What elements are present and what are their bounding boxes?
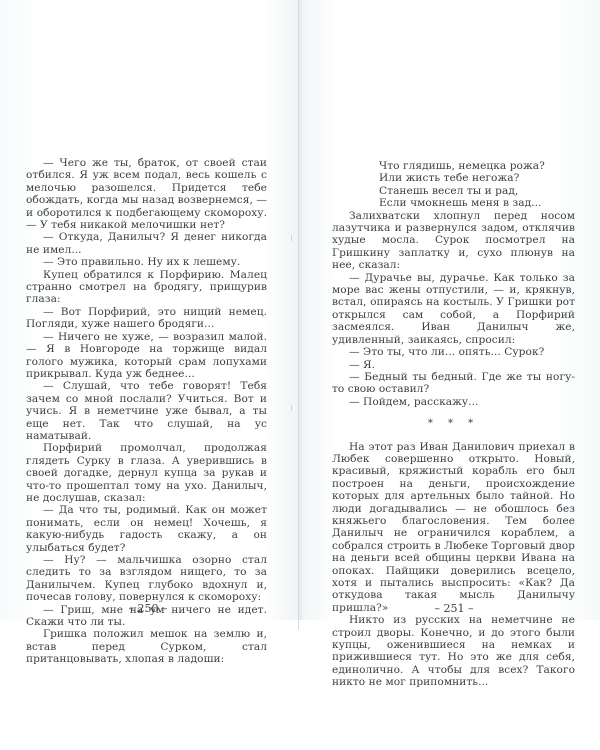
verse-line: Станешь весел ты и рад, xyxy=(379,185,575,197)
paragraph: — Вот Порфирий, это нищий немец. Погляди… xyxy=(26,306,267,331)
paragraph: Гришка положил мешок на землю и, встав п… xyxy=(26,628,267,665)
paragraph: — Ничего не хуже, — возразил малой. — Я … xyxy=(26,331,267,381)
paragraph: — Чего же ты, браток, от своей стаи отби… xyxy=(26,157,267,231)
paragraph: — Это правильно. Ну их к лешему. xyxy=(26,256,267,268)
paragraph: — Откуда, Данилыч? Я денег никогда не им… xyxy=(26,231,267,256)
right-page: Что глядишь, немецка рожа? Или жисть теб… xyxy=(302,0,600,620)
verse-line: Что глядишь, немецка рожа? xyxy=(379,160,575,172)
verse-block: Что глядишь, немецка рожа? Или жисть теб… xyxy=(332,160,575,210)
left-page-text: — Чего же ты, браток, от своей стаи отби… xyxy=(26,157,267,666)
paragraph: На этот раз Иван Данилович приехал в Люб… xyxy=(332,441,575,615)
verse-line: Или жисть тебе негожа? xyxy=(379,172,575,184)
paragraph: — Пойдем, расскажу... xyxy=(332,396,575,408)
paragraph: Никто из русских на неметчине не строил … xyxy=(332,614,575,688)
paragraph: Порфирий промолчал, продолжая глядеть Су… xyxy=(26,442,267,504)
section-break: * * * xyxy=(332,418,575,430)
left-page: — Чего же ты, браток, от своей стаи отби… xyxy=(0,0,298,620)
paragraph: — Да что ты, родимый. Как он может поним… xyxy=(26,504,267,554)
page-number: – 251 – xyxy=(414,602,494,615)
paragraph: — Бедный ты бедный. Где же ты ногу-то св… xyxy=(332,371,575,396)
paragraph: Купец обратился к Порфирию. Малец странн… xyxy=(26,269,267,306)
paragraph: — Слушай, что тебе говорят! Тебя зачем с… xyxy=(26,380,267,442)
paragraph: — Ну? — мальчишка озорно стал следить то… xyxy=(26,554,267,604)
page-number: – 250 – xyxy=(108,602,188,615)
paragraph: Залихватски хлопнул перед носом лазутчик… xyxy=(332,210,575,272)
paragraph: — Я. xyxy=(332,359,575,371)
paragraph: — Это ты, что ли... опять... Сурок? xyxy=(332,346,575,358)
book-gutter xyxy=(298,0,299,630)
verse-line: Если чмокнешь меня в зад... xyxy=(379,197,575,209)
book-spread: — Чего же ты, браток, от своей стаи отби… xyxy=(0,0,600,620)
paragraph: — Дурачье вы, дурачье. Как только за мор… xyxy=(332,272,575,346)
